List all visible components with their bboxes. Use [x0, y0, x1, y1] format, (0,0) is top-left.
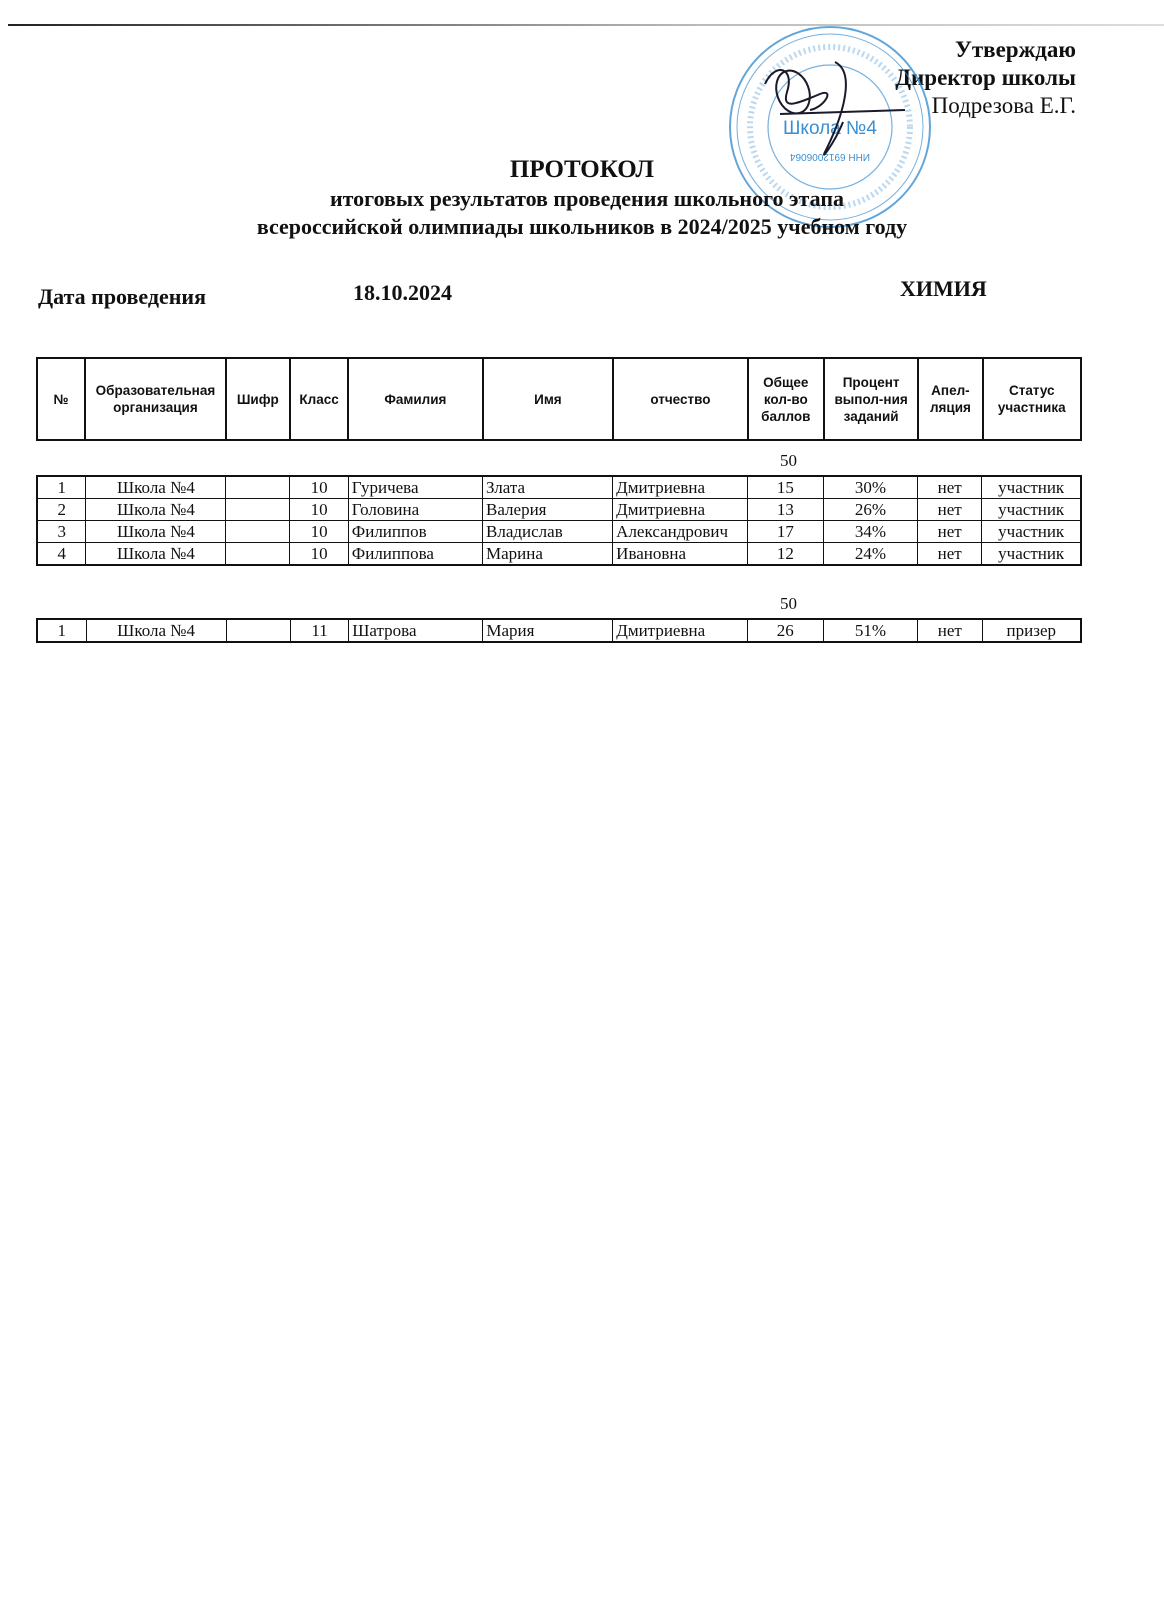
cell-status: участник — [982, 476, 1081, 499]
cell-lastname: Гуричева — [348, 476, 482, 499]
cell-percent: 30% — [823, 476, 917, 499]
cell-score: 26 — [747, 619, 823, 642]
cell-org: Школа №4 — [86, 619, 226, 642]
col-header-percent: Процент выпол-ния заданий — [824, 358, 918, 440]
table-row: 1Школа №411ШатроваМарияДмитриевна2651%не… — [37, 619, 1081, 642]
cell-percent: 34% — [823, 521, 917, 543]
cell-lastname: Филиппова — [348, 543, 482, 566]
table-row: 3Школа №410ФилипповВладиславАлександрови… — [37, 521, 1081, 543]
cell-status: участник — [982, 543, 1081, 566]
approval-block: Утверждаю Директор школы Подрезова Е.Г. — [895, 36, 1076, 120]
col-header-org: Образовательная организация — [85, 358, 226, 440]
cell-firstname: Мария — [483, 619, 613, 642]
cell-code — [226, 543, 290, 566]
cell-org: Школа №4 — [86, 521, 226, 543]
cell-grade: 11 — [290, 619, 348, 642]
document-title: ПРОТОКОЛ итоговых результатов проведения… — [0, 155, 1164, 241]
cell-num: 1 — [37, 476, 86, 499]
cell-firstname: Марина — [483, 543, 613, 566]
approval-signatory: Подрезова Е.Г. — [895, 92, 1076, 120]
date-label: Дата проведения — [38, 284, 206, 310]
approval-line: Утверждаю — [895, 36, 1076, 64]
max-score-label: 50 — [780, 451, 797, 471]
cell-appeal: нет — [917, 499, 981, 521]
table-row: 1Школа №410ГуричеваЗлатаДмитриевна1530%н… — [37, 476, 1081, 499]
cell-middlename: Дмитриевна — [613, 619, 747, 642]
cell-firstname: Владислав — [483, 521, 613, 543]
cell-score: 17 — [747, 521, 823, 543]
col-header-code: Шифр — [226, 358, 290, 440]
col-header-appeal: Апел-ляция — [918, 358, 982, 440]
table-row: 2Школа №410ГоловинаВалерияДмитриевна1326… — [37, 499, 1081, 521]
header-row: № Образовательная организация Шифр Класс… — [37, 358, 1081, 440]
cell-score: 12 — [747, 543, 823, 566]
col-header-grade: Класс — [290, 358, 348, 440]
approval-position: Директор школы — [895, 64, 1076, 92]
results-table-group-2: 1Школа №411ШатроваМарияДмитриевна2651%не… — [36, 618, 1082, 643]
col-header-lastname: Фамилия — [348, 358, 483, 440]
col-header-status: Статус участника — [983, 358, 1081, 440]
cell-percent: 24% — [823, 543, 917, 566]
title-subtitle-2: всероссийской олимпиады школьников в 202… — [0, 213, 1164, 241]
cell-firstname: Валерия — [483, 499, 613, 521]
cell-status: призер — [982, 619, 1081, 642]
cell-firstname: Злата — [483, 476, 613, 499]
date-value: 18.10.2024 — [353, 280, 452, 306]
col-header-firstname: Имя — [483, 358, 614, 440]
cell-middlename: Александрович — [613, 521, 748, 543]
col-header-num: № — [37, 358, 85, 440]
title-subtitle-1: итоговых результатов проведения школьног… — [10, 185, 1164, 213]
cell-score: 15 — [747, 476, 823, 499]
cell-code — [226, 619, 290, 642]
cell-appeal: нет — [917, 543, 981, 566]
col-header-score: Общее кол-во баллов — [748, 358, 824, 440]
table-row: 4Школа №410ФилипповаМаринаИвановна1224%н… — [37, 543, 1081, 566]
cell-lastname: Шатрова — [349, 619, 483, 642]
cell-code — [226, 521, 290, 543]
col-header-middlename: отчество — [613, 358, 748, 440]
cell-middlename: Дмитриевна — [613, 499, 748, 521]
max-score-label: 50 — [780, 594, 797, 614]
cell-lastname: Головина — [348, 499, 482, 521]
cell-score: 13 — [747, 499, 823, 521]
cell-num: 2 — [37, 499, 86, 521]
cell-appeal: нет — [917, 476, 981, 499]
cell-num: 1 — [37, 619, 86, 642]
cell-org: Школа №4 — [86, 543, 226, 566]
cell-percent: 51% — [823, 619, 917, 642]
cell-middlename: Ивановна — [613, 543, 748, 566]
cell-appeal: нет — [917, 521, 981, 543]
cell-num: 4 — [37, 543, 86, 566]
cell-grade: 10 — [290, 476, 348, 499]
cell-lastname: Филиппов — [348, 521, 482, 543]
cell-percent: 26% — [823, 499, 917, 521]
cell-status: участник — [982, 521, 1081, 543]
cell-code — [226, 476, 290, 499]
cell-code — [226, 499, 290, 521]
cell-status: участник — [982, 499, 1081, 521]
cell-appeal: нет — [918, 619, 983, 642]
cell-grade: 10 — [290, 499, 348, 521]
cell-org: Школа №4 — [86, 476, 226, 499]
cell-grade: 10 — [290, 543, 348, 566]
subject-name: ХИМИЯ — [900, 276, 987, 302]
results-table-header: № Образовательная организация Шифр Класс… — [36, 357, 1082, 441]
cell-org: Школа №4 — [86, 499, 226, 521]
results-table-group-1: 1Школа №410ГуричеваЗлатаДмитриевна1530%н… — [36, 475, 1082, 566]
cell-middlename: Дмитриевна — [613, 476, 748, 499]
scan-edge — [8, 24, 1164, 26]
title-protocol: ПРОТОКОЛ — [0, 155, 1164, 185]
stamp-center-text: Школа №4 — [783, 118, 877, 139]
cell-num: 3 — [37, 521, 86, 543]
cell-grade: 10 — [290, 521, 348, 543]
